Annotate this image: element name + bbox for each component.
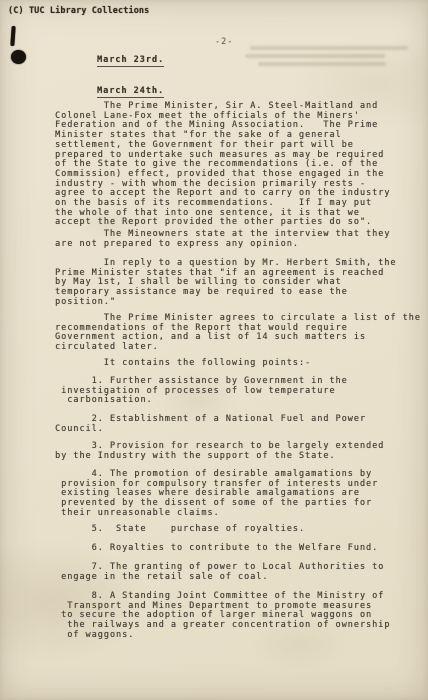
copyright-watermark: (C) TUC Library Collections	[8, 6, 149, 16]
numbered-point: 1. Further assistance by Government in t…	[55, 377, 348, 406]
bleedthrough-texture	[245, 54, 385, 58]
numbered-point: 3. Provision for research to be largely …	[55, 442, 384, 461]
numbered-point: 6. Royalties to contribute to the Welfar…	[55, 544, 378, 554]
scanned-document-page: (C) TUC Library Collections -2- March 23…	[0, 0, 428, 700]
bleedthrough-texture	[250, 46, 408, 50]
body-paragraph: It contains the following points:-	[55, 359, 311, 369]
body-paragraph: The Mineowners state at the interview th…	[55, 230, 390, 249]
numbered-point: 7. The granting of power to Local Author…	[55, 563, 384, 582]
bleedthrough-texture	[258, 62, 386, 66]
numbered-point: 2. Establishment of a National Fuel and …	[55, 415, 366, 434]
body-paragraph: The Prime Minister, Sir A. Steel-Maitlan…	[55, 102, 390, 228]
body-paragraph: In reply to a question by Mr. Herbert Sm…	[55, 259, 396, 308]
date-heading-march-24: March 24th.	[97, 86, 164, 98]
ink-blot	[11, 50, 26, 64]
pen-mark	[10, 26, 15, 46]
numbered-point: 5. State purchase of royalties.	[55, 525, 305, 535]
date-heading-march-23: March 23rd.	[97, 55, 164, 67]
body-paragraph: The Prime Minister agrees to circulate a…	[55, 314, 421, 353]
page-number: -2-	[215, 37, 233, 47]
numbered-point: 8. A Standing Joint Committee of the Min…	[55, 592, 390, 641]
numbered-point: 4. The promotion of desirable amalgamati…	[55, 470, 378, 519]
